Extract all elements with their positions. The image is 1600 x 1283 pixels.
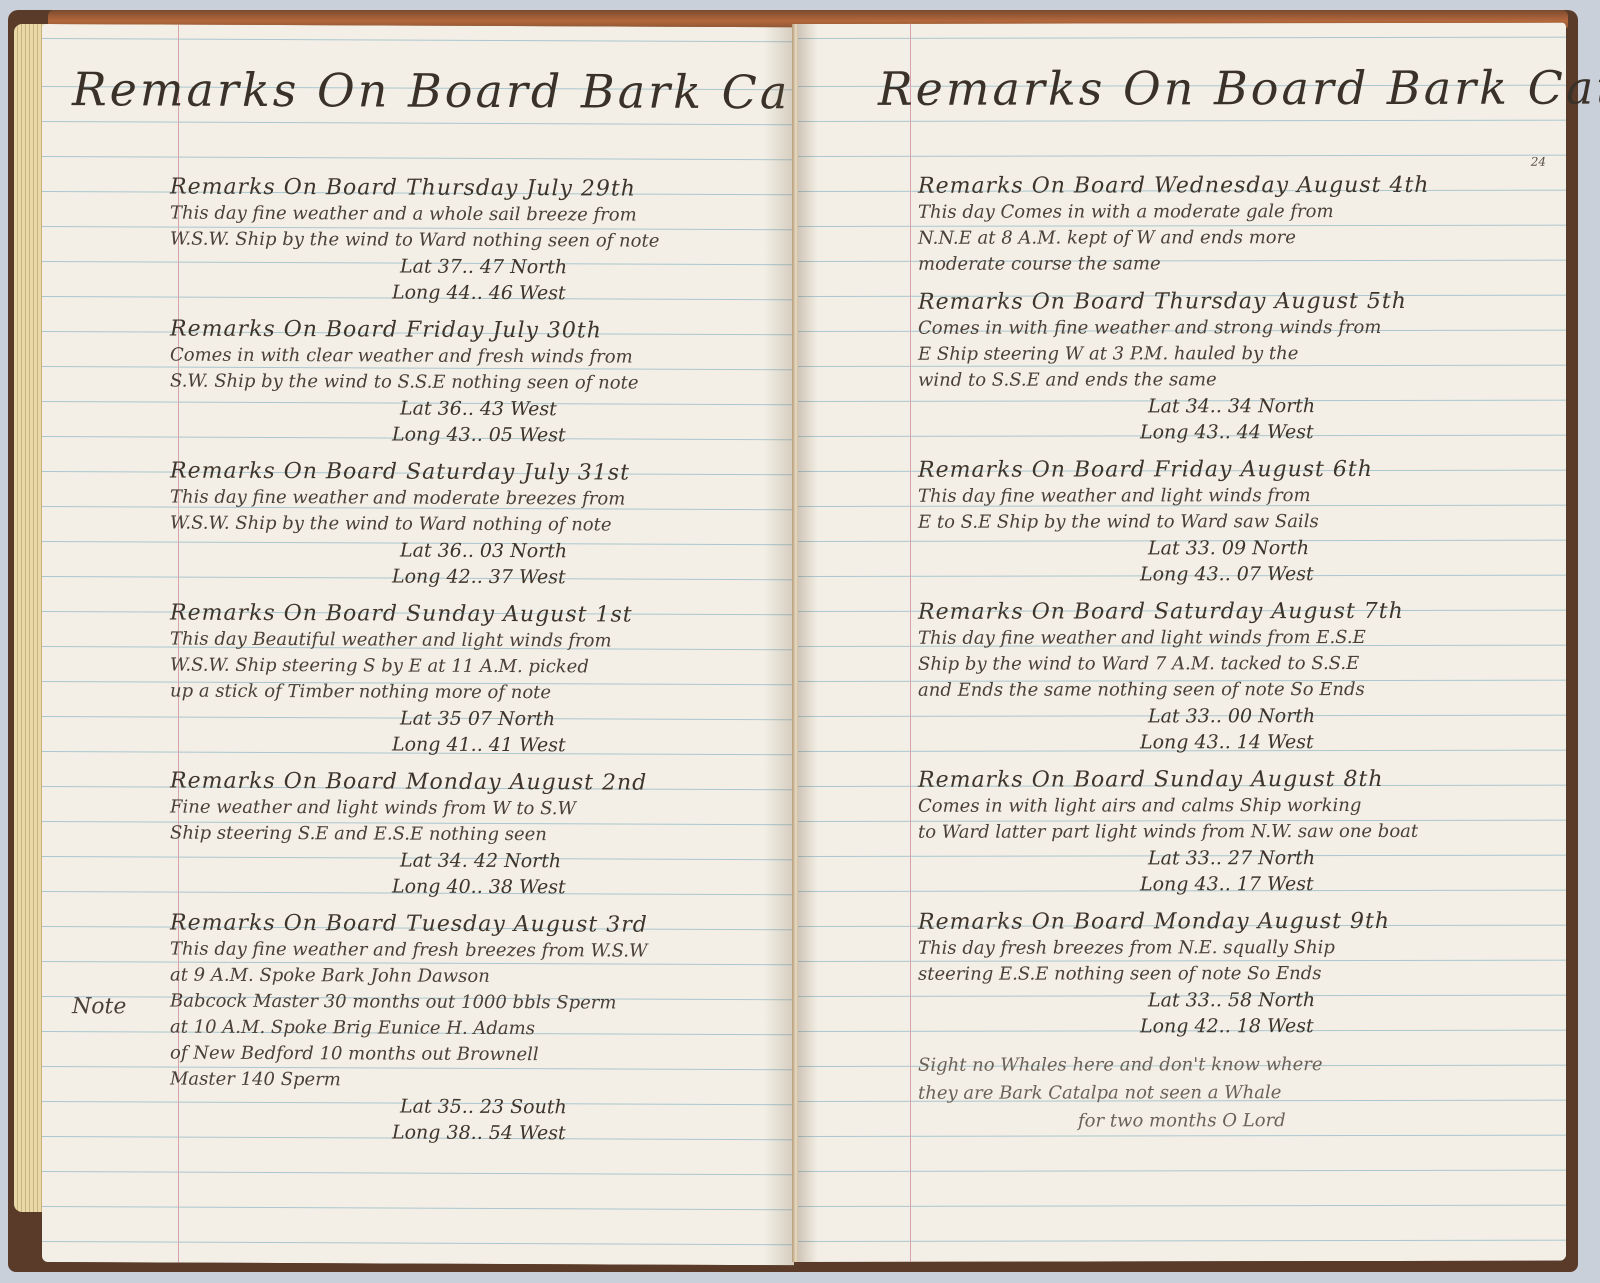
entry-line: This day fine weather and moderate breez… <box>170 485 770 514</box>
closing-line: for two months O Lord <box>918 1107 1558 1136</box>
entry-line: This day fine weather and fresh breezes … <box>170 937 770 966</box>
entry-line: Ship by the wind to Ward 7 A.M. tacked t… <box>918 651 1558 678</box>
entry-line: W.S.W. Ship by the wind to Ward nothing … <box>170 227 770 256</box>
entry-line: moderate course the same <box>918 251 1558 278</box>
latitude: Lat 36.. 03 North <box>170 537 770 566</box>
entry-heading: Remarks On Board Monday August 9th <box>918 909 1558 936</box>
margin-note: Note <box>72 994 126 1019</box>
entry-line: This day Comes in with a moderate gale f… <box>918 199 1558 226</box>
entry-line: up a stick of Timber nothing more of not… <box>170 679 770 708</box>
entry-line: Babcock Master 30 months out 1000 bbls S… <box>170 989 770 1018</box>
page-number: 24 <box>1531 155 1546 169</box>
log-entry: Remarks On Board Saturday August 7th Thi… <box>918 599 1558 756</box>
entry-line: at 10 A.M. Spoke Brig Eunice H. Adams <box>170 1015 770 1044</box>
margin-line <box>910 24 911 1262</box>
logbook: Remarks On Board Bark Catalpa Note Remar… <box>8 10 1578 1272</box>
entry-line: W.S.W. Ship by the wind to Ward nothing … <box>170 511 770 540</box>
entry-heading: Remarks On Board Tuesday August 3rd <box>170 911 770 940</box>
entry-line: This day fine weather and light winds fr… <box>918 625 1558 652</box>
entry-heading: Remarks On Board Thursday July 29th <box>170 175 770 204</box>
longitude: Long 38.. 54 West <box>170 1119 770 1148</box>
log-entry: Remarks On Board Tuesday August 3rd This… <box>170 911 770 1148</box>
log-entry: Remarks On Board Sunday August 1st This … <box>170 601 770 760</box>
entry-line: This day Beautiful weather and light win… <box>170 627 770 656</box>
entry-line: This day fine weather and a whole sail b… <box>170 201 770 230</box>
entry-heading: Remarks On Board Thursday August 5th <box>918 289 1558 316</box>
latitude: Lat 33.. 00 North <box>918 703 1558 730</box>
log-entry: Remarks On Board Thursday July 29th This… <box>170 175 770 308</box>
longitude: Long 40.. 38 West <box>170 873 770 902</box>
latitude: Lat 33. 09 North <box>918 535 1558 562</box>
closing-remark: Sight no Whales here and don't know wher… <box>918 1051 1558 1136</box>
entry-line: steering E.S.E nothing seen of note So E… <box>918 961 1558 988</box>
entry-heading: Remarks On Board Wednesday August 4th <box>918 173 1558 200</box>
entry-line: E to S.E Ship by the wind to Ward saw Sa… <box>918 509 1558 536</box>
entry-line: E Ship steering W at 3 P.M. hauled by th… <box>918 341 1558 368</box>
entry-line: N.N.E at 8 A.M. kept of W and ends more <box>918 225 1558 252</box>
log-entry: Remarks On Board Wednesday August 4th Th… <box>918 173 1558 278</box>
latitude: Lat 35.. 23 South <box>170 1093 770 1122</box>
log-entry: Remarks On Board Friday July 30th Comes … <box>170 317 770 450</box>
entry-line: This day fine weather and light winds fr… <box>918 483 1558 510</box>
longitude: Long 42.. 37 West <box>170 563 770 592</box>
log-entries: Remarks On Board Thursday July 29th This… <box>170 175 770 1160</box>
latitude: Lat 36.. 43 West <box>170 395 770 424</box>
entry-heading: Remarks On Board Friday August 6th <box>918 457 1558 484</box>
latitude: Lat 34. 42 North <box>170 847 770 876</box>
entry-heading: Remarks On Board Saturday August 7th <box>918 599 1558 626</box>
entry-line: Comes in with light airs and calms Ship … <box>918 793 1558 820</box>
entry-line: Fine weather and light winds from W to S… <box>170 795 770 824</box>
longitude: Long 43.. 07 West <box>918 561 1558 588</box>
latitude: Lat 33.. 27 North <box>918 845 1558 872</box>
right-page: Remarks On Board Bark Catalpa 24 Remarks… <box>798 23 1566 1262</box>
longitude: Long 44.. 46 West <box>170 279 770 308</box>
log-entry: Remarks On Board Monday August 2nd Fine … <box>170 769 770 902</box>
entry-heading: Remarks On Board Monday August 2nd <box>170 769 770 798</box>
closing-line: they are Bark Catalpa not seen a Whale <box>918 1079 1558 1108</box>
page-header: Remarks On Board Bark Catalpa <box>878 60 1600 115</box>
log-entry: Remarks On Board Monday August 9th This … <box>918 909 1558 1040</box>
entry-line: S.W. Ship by the wind to S.S.E nothing s… <box>170 369 770 398</box>
log-entry: Remarks On Board Thursday August 5th Com… <box>918 289 1558 446</box>
entry-line: W.S.W. Ship steering S by E at 11 A.M. p… <box>170 653 770 682</box>
longitude: Long 41.. 41 West <box>170 731 770 760</box>
log-entries: Remarks On Board Wednesday August 4th Th… <box>918 173 1558 1148</box>
entry-line: and Ends the same nothing seen of note S… <box>918 677 1558 704</box>
longitude: Long 43.. 17 West <box>918 871 1558 898</box>
entry-line: wind to S.S.E and ends the same <box>918 367 1558 394</box>
latitude: Lat 34.. 34 North <box>918 393 1558 420</box>
closing-line: Sight no Whales here and don't know wher… <box>918 1051 1558 1080</box>
longitude: Long 43.. 05 West <box>170 421 770 450</box>
log-entry: Remarks On Board Sunday August 8th Comes… <box>918 767 1558 898</box>
entry-heading: Remarks On Board Saturday July 31st <box>170 459 770 488</box>
latitude: Lat 37.. 47 North <box>170 253 770 282</box>
entry-line: at 9 A.M. Spoke Bark John Dawson <box>170 963 770 992</box>
entry-line: Comes in with clear weather and fresh wi… <box>170 343 770 372</box>
left-page: Remarks On Board Bark Catalpa Note Remar… <box>42 24 794 1265</box>
longitude: Long 42.. 18 West <box>918 1013 1558 1040</box>
entry-line: to Ward latter part light winds from N.W… <box>918 819 1558 846</box>
log-entry: Remarks On Board Friday August 6th This … <box>918 457 1558 588</box>
longitude: Long 43.. 44 West <box>918 419 1558 446</box>
entry-heading: Remarks On Board Sunday August 8th <box>918 767 1558 794</box>
log-entry: Remarks On Board Saturday July 31st This… <box>170 459 770 592</box>
entry-heading: Remarks On Board Friday July 30th <box>170 317 770 346</box>
longitude: Long 43.. 14 West <box>918 729 1558 756</box>
entry-line: of New Bedford 10 months out Brownell <box>170 1041 770 1070</box>
entry-line: Comes in with fine weather and strong wi… <box>918 315 1558 342</box>
entry-line: Master 140 Sperm <box>170 1067 770 1096</box>
entry-line: Ship steering S.E and E.S.E nothing seen <box>170 821 770 850</box>
entry-heading: Remarks On Board Sunday August 1st <box>170 601 770 630</box>
entry-line: This day fresh breezes from N.E. squally… <box>918 935 1558 962</box>
latitude: Lat 33.. 58 North <box>918 987 1558 1014</box>
latitude: Lat 35 07 North <box>170 705 770 734</box>
